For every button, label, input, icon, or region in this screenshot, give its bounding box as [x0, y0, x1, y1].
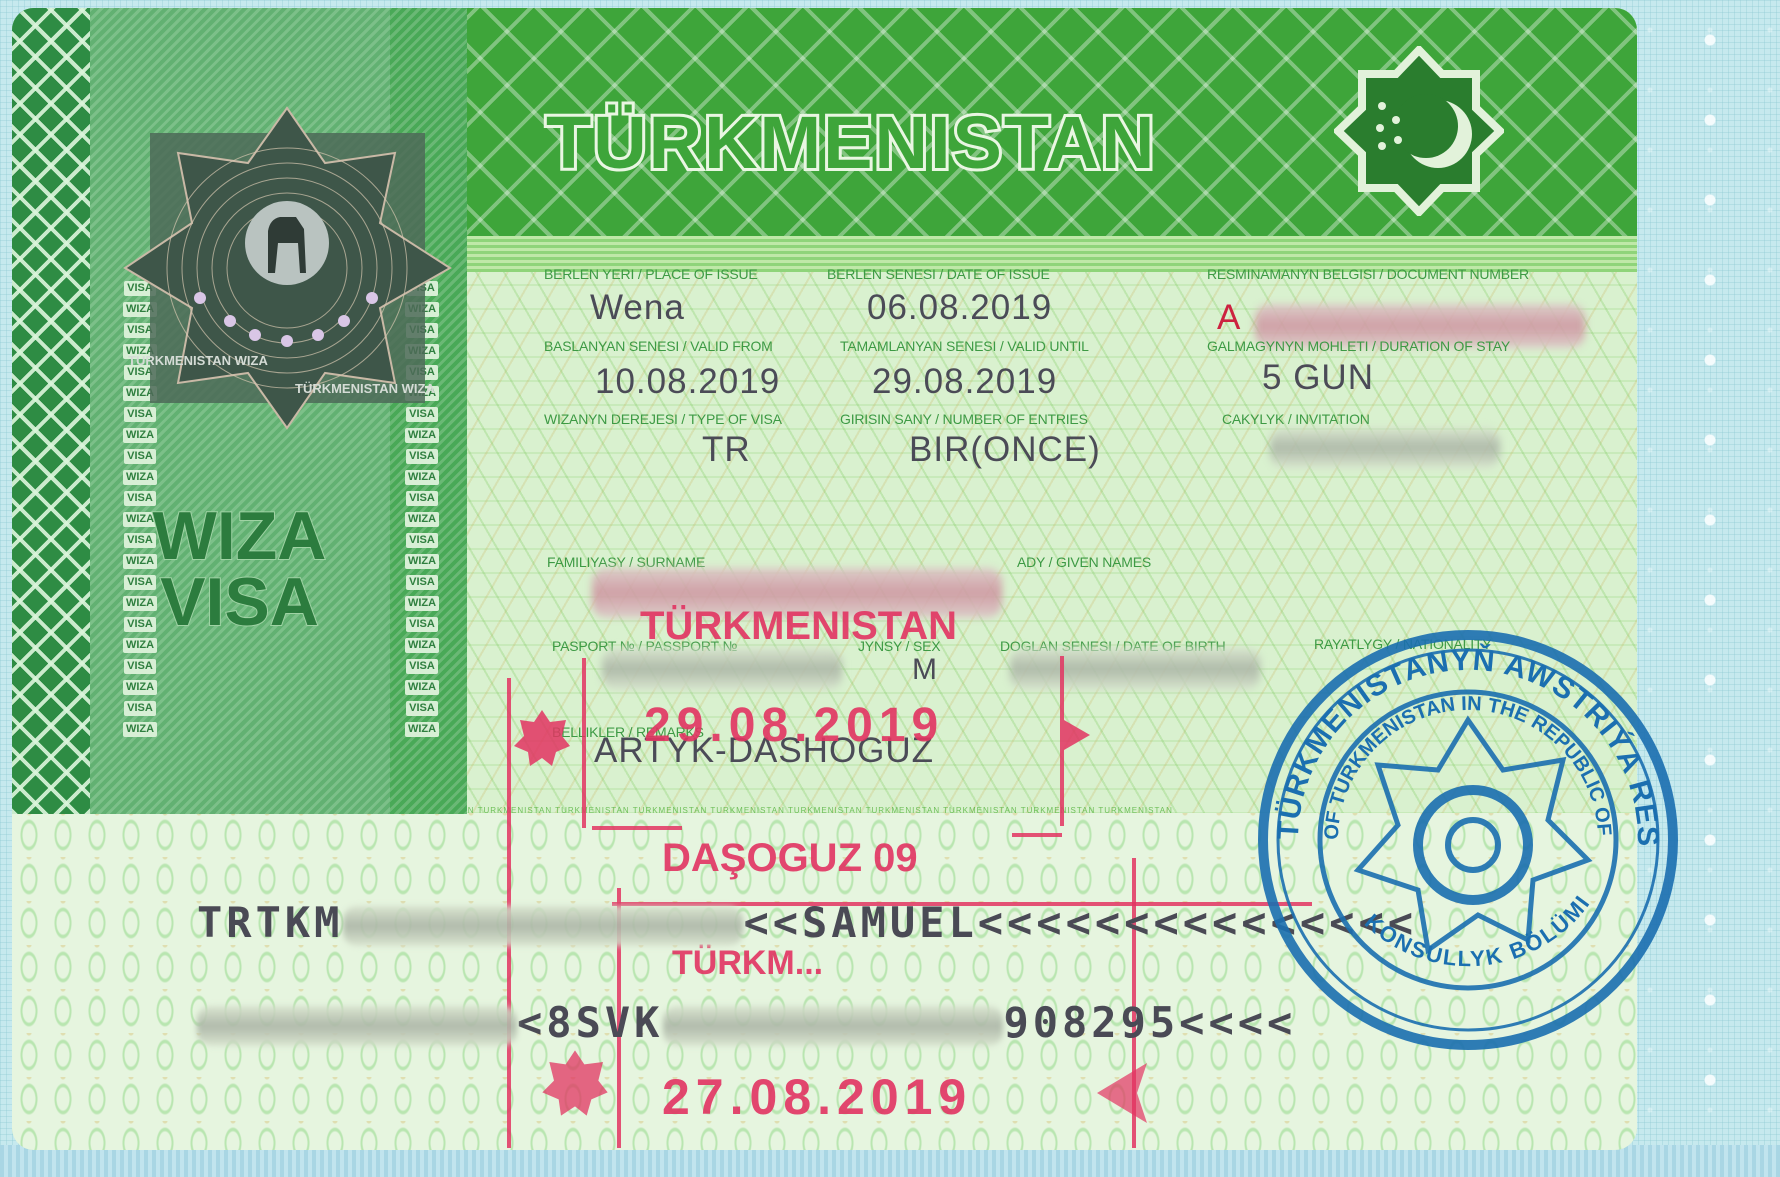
label-document-number: RESMINAMANYN BELGISI / DOCUMENT NUMBER: [1207, 266, 1529, 282]
label-valid-from: BASLANYAN SENESI / VALID FROM: [544, 338, 773, 354]
label-valid-until: TAMAMLANYAN SENESI / VALID UNTIL: [840, 338, 1089, 354]
svg-text:TÜRKMENISTAN WIZA: TÜRKMENISTAN WIZA: [295, 381, 435, 396]
stamp-border: [582, 658, 586, 828]
mrz-line-2: <8SVK908295<<<<: [197, 998, 1296, 1047]
label-number-of-entries: GIRISIN SANY / NUMBER OF ENTRIES: [840, 411, 1088, 427]
visa-title-visa: VISA: [12, 569, 467, 635]
stamp-border: [1012, 833, 1062, 837]
mrz-line-1-prefix: TRTKM: [197, 898, 343, 947]
exit-stamp-country: TÜRKM...: [672, 944, 823, 983]
stamp-star-icon: [512, 708, 572, 768]
stamp-star-icon: [540, 1048, 610, 1118]
visa-title-block: WIZA VISA: [12, 503, 467, 635]
label-duration-of-stay: GALMAGYNYN MOHLETI / DURATION OF STAY: [1207, 338, 1510, 354]
svg-text:TÜRKMENISTAN WIZA: TÜRKMENISTAN WIZA: [128, 353, 268, 368]
entry-stamp-country: TÜRKMENISTAN: [640, 604, 957, 649]
hologram-horse-emblem-icon: TÜRKMENISTAN WIZA TÜRKMENISTAN WIZA: [120, 103, 455, 433]
entry-stamp-date: 29.08.2019: [644, 698, 944, 753]
redaction-passport-number: [602, 648, 842, 690]
value-date-of-issue: 06.08.2019: [867, 288, 1052, 328]
redaction-mrz-data: [663, 1006, 1003, 1046]
label-given-names: ADY / GIVEN NAMES: [1017, 554, 1151, 570]
value-type-of-visa: TR: [702, 430, 751, 470]
redaction-mrz-surname: [343, 906, 743, 946]
stamp-arrow-icon: [1064, 720, 1090, 750]
entry-stamp-checkpoint: DAŞOGUZ 09: [662, 836, 918, 881]
value-place-of-issue: Wena: [590, 288, 685, 328]
visa-title-wiza: WIZA: [12, 503, 467, 569]
ornament-border: [12, 8, 90, 814]
value-valid-until: 29.08.2019: [872, 362, 1057, 402]
exit-stamp-date: 27.08.2019: [662, 1068, 972, 1126]
label-date-of-issue: BERLEN SENESI / DATE OF ISSUE: [827, 266, 1050, 282]
value-number-of-entries: BIR(ONCE): [909, 430, 1101, 470]
label-invitation: CAKYLYK / INVITATION: [1222, 411, 1370, 427]
value-sex: M: [912, 653, 938, 687]
label-type-of-visa: WIZANYN DEREJESI / TYPE OF VISA: [544, 411, 782, 427]
redaction-date-of-birth: [1010, 648, 1260, 690]
mrz-line-2-middle: <8SVK: [517, 998, 663, 1047]
value-document-number: A: [1217, 298, 1241, 338]
label-place-of-issue: BERLEN YERI / PLACE OF ISSUE: [544, 266, 758, 282]
stamp-arrow-icon: [1097, 1063, 1147, 1123]
flag-emblem-icon: [1334, 46, 1504, 216]
redaction-mrz-passport: [197, 1006, 517, 1046]
consular-seal-icon: TÜRKMENISTANYŇ AWSTRIÝA RESPUBLIKASYNDAK…: [1248, 620, 1688, 1060]
country-title: TÜRKMENISTAN: [546, 100, 1156, 185]
value-valid-from: 10.08.2019: [595, 362, 780, 402]
redaction-invitation: [1270, 428, 1500, 468]
value-duration-of-stay: 5 GUN: [1262, 358, 1374, 398]
mrz-line-1: TRTKM<<SAMUEL<<<<<<<<<<<<<<<: [197, 898, 1417, 947]
stamp-border: [592, 826, 682, 830]
